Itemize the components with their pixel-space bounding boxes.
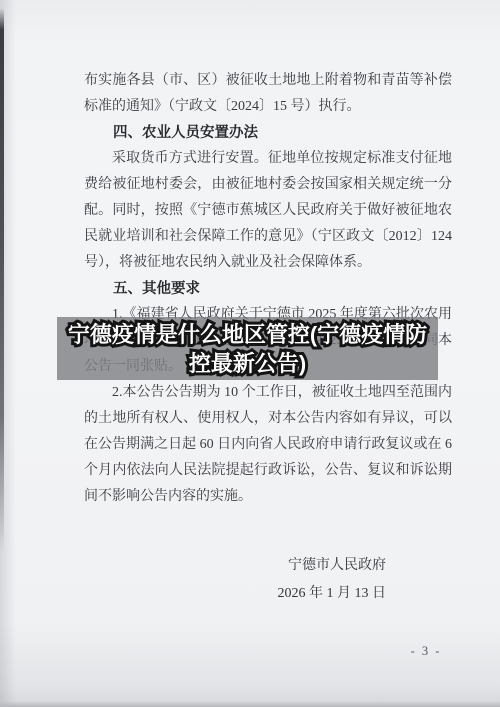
scan-left-edge-line	[0, 8, 4, 553]
section-five-heading: 五、其他要求	[84, 276, 452, 302]
watermark-overlay-band: 宁德疫情是什么地区管控(宁德疫情防 宁德疫情是什么地区管控(宁德疫情防 控最新公…	[57, 317, 438, 380]
watermark-text: 宁德疫情是什么地区管控(宁德疫情防 宁德疫情是什么地区管控(宁德疫情防 控最新公…	[57, 320, 438, 378]
section-four-heading: 四、农业人员安置办法	[84, 120, 452, 146]
watermark-line-1-fill: 宁德疫情是什么地区管控(宁德疫情防	[68, 322, 427, 347]
issuer-name: 宁德市人民政府	[84, 552, 386, 580]
watermark-line-2: 控最新公告) 控最新公告)	[57, 349, 438, 378]
section-five-item-2: 2.本公告公告期为 10 个工作日，被征收土地四至范围内的土地所有权人、使用权人…	[84, 380, 452, 510]
watermark-line-2-fill: 控最新公告)	[189, 351, 306, 376]
page-number: - 3 -	[396, 644, 456, 659]
issue-date: 2026 年 1 月 13 日	[84, 580, 386, 608]
scan-bottom-edge	[0, 701, 500, 707]
watermark-line-1: 宁德疫情是什么地区管控(宁德疫情防 宁德疫情是什么地区管控(宁德疫情防	[57, 320, 438, 349]
section-four-paragraph: 采取货币方式进行安置。征地单位按规定标准支付征地费给被征地村委会，由被征地村委会…	[84, 146, 452, 276]
signature-block: 宁德市人民政府 2026 年 1 月 13 日	[84, 552, 452, 608]
intro-continuation-paragraph: 布实施各县（市、区）被征收土地地上附着物和青苗等补偿标准的通知》（宁政文〔202…	[84, 68, 452, 120]
scanned-document-page: 布实施各县（市、区）被征收土地地上附着物和青苗等补偿标准的通知》（宁政文〔202…	[0, 0, 500, 707]
